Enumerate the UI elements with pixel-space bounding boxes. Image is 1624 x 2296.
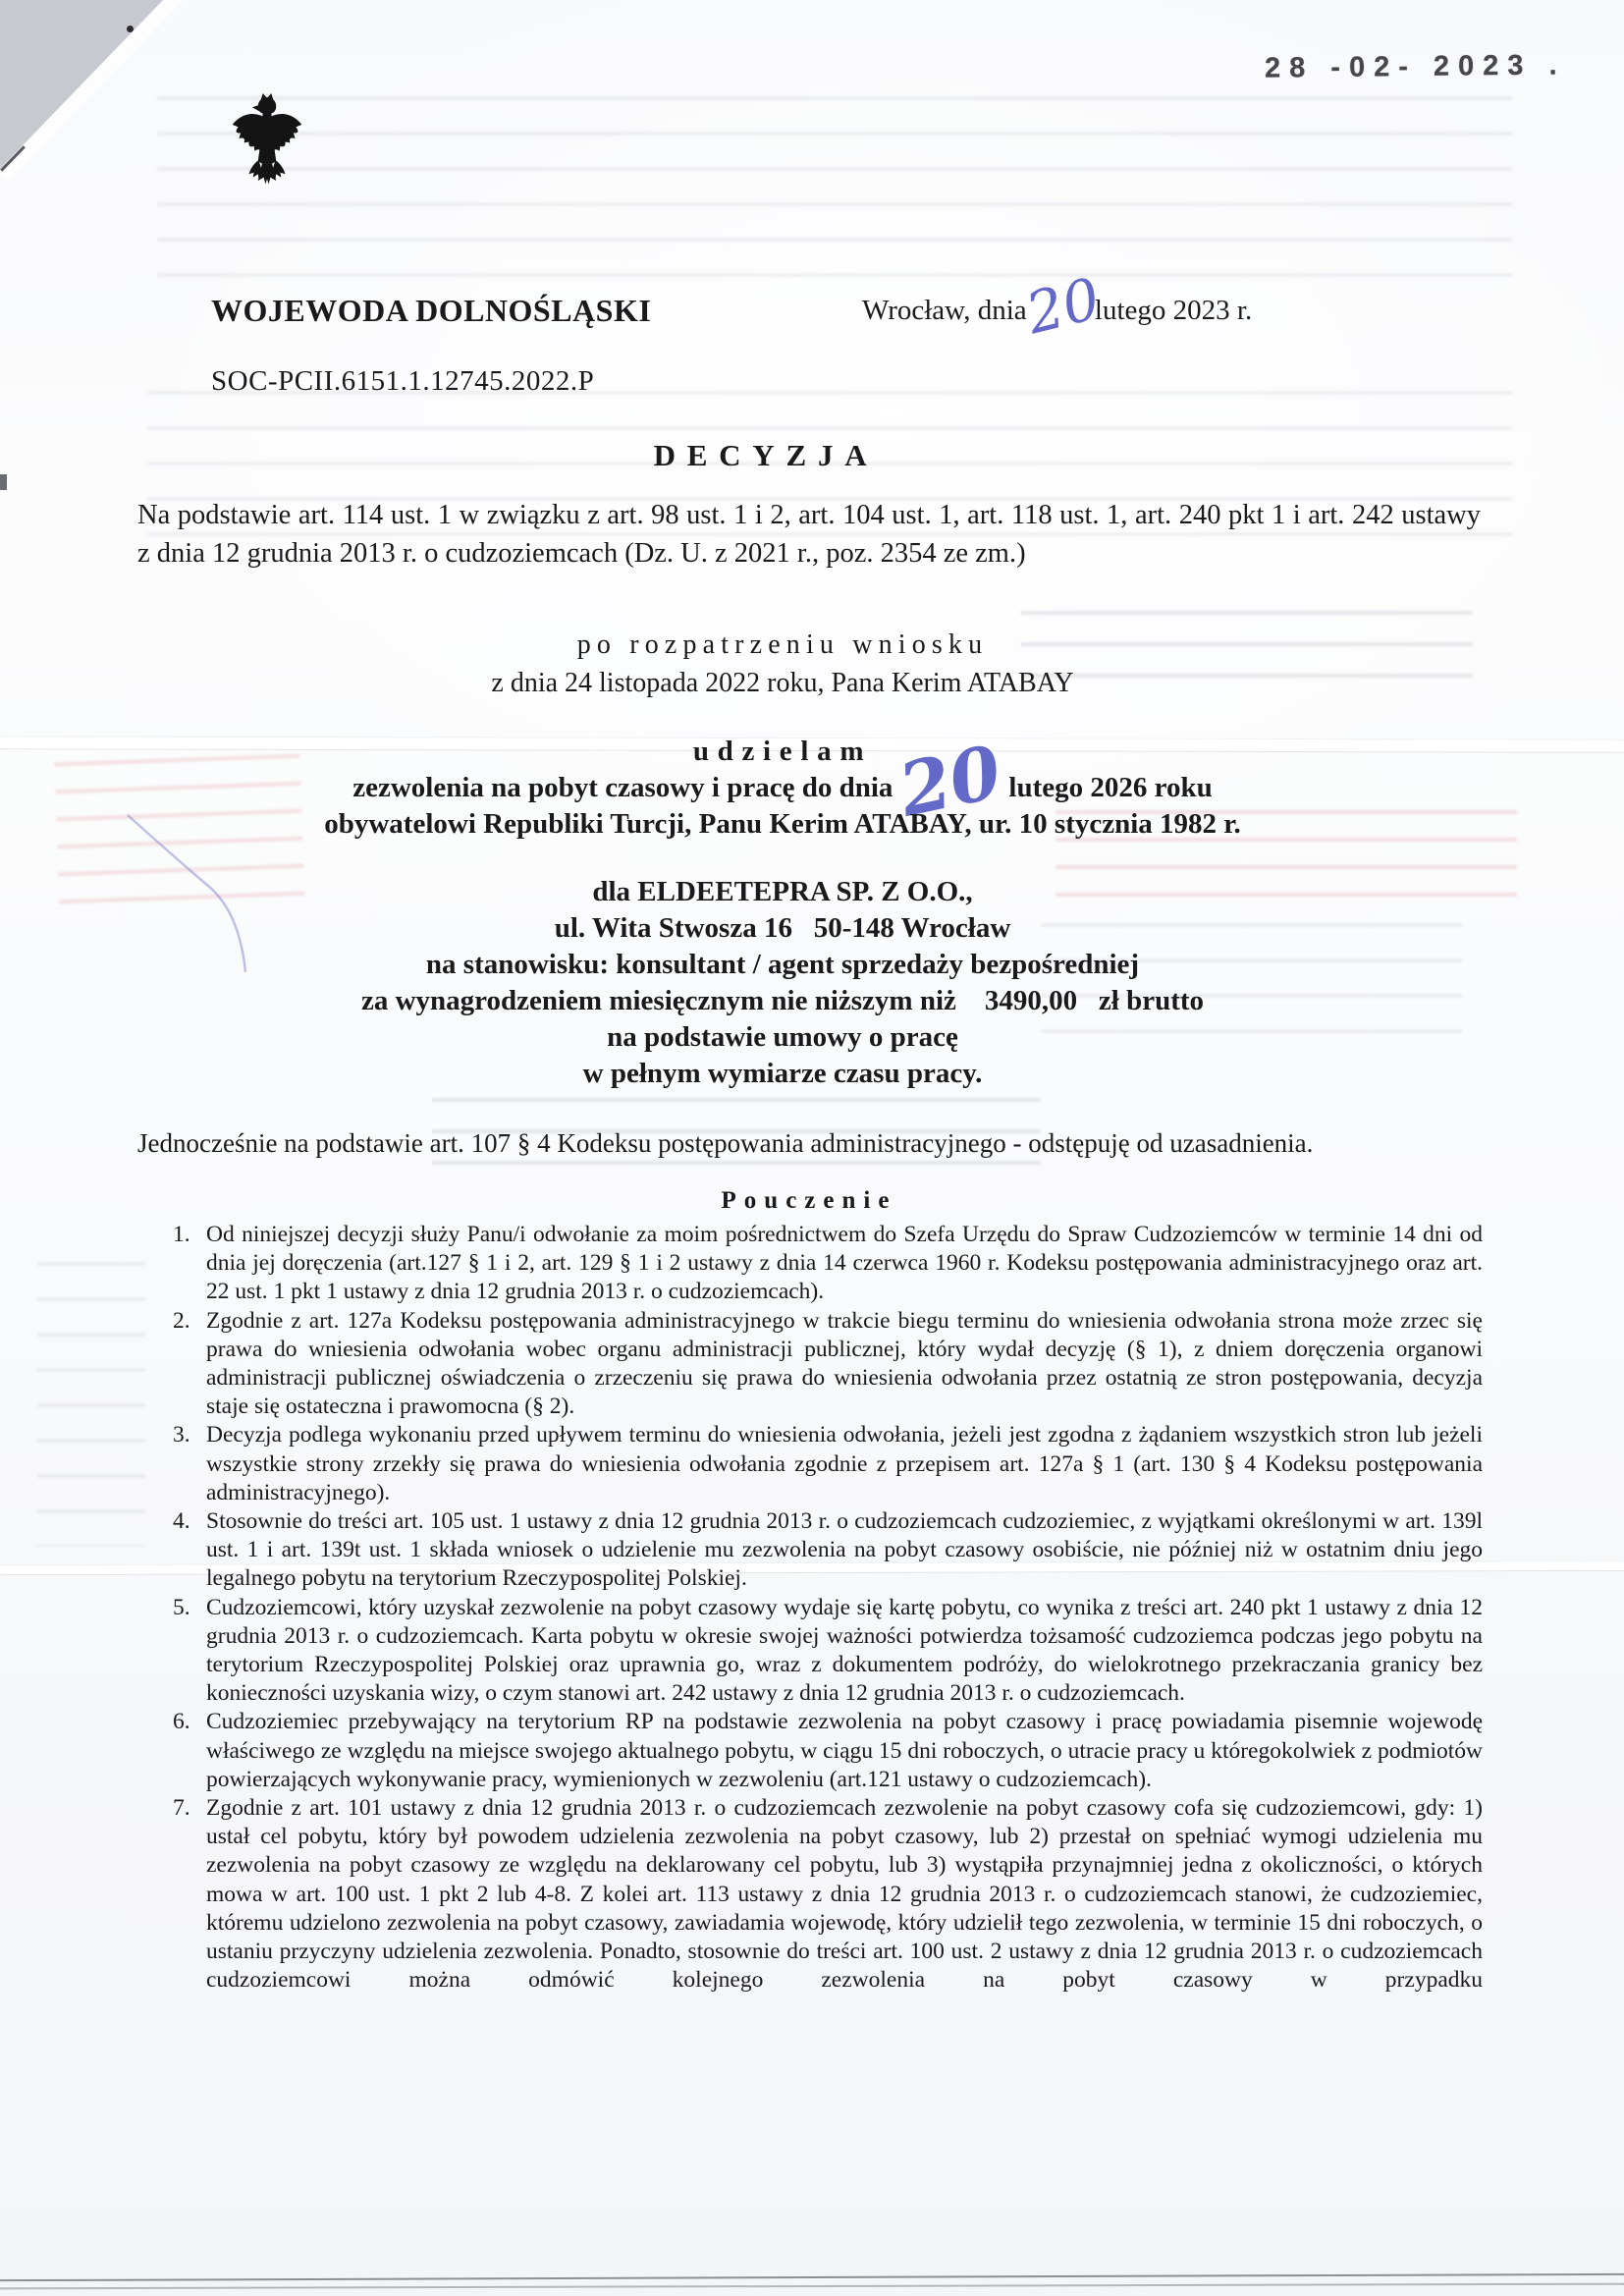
grant-verb: udzielam [118, 736, 1447, 768]
justification-waiver: Jednocześnie na podstawie art. 107 § 4 K… [137, 1128, 1481, 1159]
instruction-item: 3.Decyzja podlega wykonaniu przed upływe… [137, 1421, 1483, 1507]
item-text: Decyzja podlega wykonaniu przed upływem … [206, 1421, 1483, 1507]
item-number: 3. [173, 1421, 206, 1507]
item-number: 1. [173, 1221, 206, 1307]
employer-name: dla ELDEETEPRA SP. Z O.O., [118, 876, 1447, 908]
item-text: Cudzoziemcowi, który uzyskał zezwolenie … [206, 1594, 1483, 1709]
instruction-item: 5.Cudzoziemcowi, który uzyskał zezwoleni… [137, 1594, 1483, 1709]
staple-hole-artifact [127, 26, 134, 32]
job-position: na stanowisku: konsultant / agent sprzed… [118, 949, 1447, 981]
issuing-authority: WOJEWODA DOLNOŚLĄSKI [211, 293, 651, 329]
instruction-list: 1.Od niniejszej decyzji służy Panu/i odw… [137, 1221, 1483, 1995]
instruction-item: 2.Zgodnie z art. 127a Kodeksu postępowan… [137, 1307, 1483, 1422]
bleedthrough-artifact [157, 96, 1512, 293]
bleedthrough-artifact [37, 1262, 145, 1547]
grant-line-pre: zezwolenia na pobyt czasowy i pracę do d… [352, 772, 893, 803]
scan-edge-artifact [0, 474, 7, 490]
item-number: 6. [173, 1708, 206, 1794]
consideration-line: po rozpatrzeniu wniosku [118, 629, 1447, 661]
handwritten-day: 20 [1028, 301, 1087, 315]
page-edge-line [0, 2283, 1624, 2290]
employer-address: ul. Wita Stwosza 16 50-148 Wrocław [118, 912, 1447, 945]
item-text: Zgodnie z art. 101 ustawy z dnia 12 grud… [206, 1794, 1483, 1995]
place-and-date: Wrocław, dnia20 lutego 2023 r. [862, 295, 1252, 327]
item-text: Zgodnie z art. 127a Kodeksu postępowania… [206, 1307, 1483, 1422]
grant-line-post: lutego 2026 roku [1008, 772, 1212, 803]
item-text: Cudzoziemiec przebywający na terytorium … [206, 1708, 1483, 1794]
item-number: 4. [173, 1507, 206, 1594]
legal-basis-paragraph: Na podstawie art. 114 ust. 1 w związku z… [137, 496, 1481, 573]
instruction-item: 4.Stosownie do treści art. 105 ust. 1 us… [137, 1507, 1483, 1594]
page-edge-line [0, 2273, 1624, 2281]
instruction-item: 7.Zgodnie z art. 101 ustawy z dnia 12 gr… [137, 1794, 1483, 1995]
polish-eagle-emblem-icon [226, 90, 308, 193]
grant-permit-line: zezwolenia na pobyt czasowy i pracę do d… [118, 772, 1447, 804]
item-text: Stosownie do treści art. 105 ust. 1 usta… [206, 1507, 1483, 1594]
instruction-heading: Pouczenie [137, 1187, 1481, 1215]
contract-basis: na podstawie umowy o pracę [118, 1021, 1447, 1054]
item-number: 7. [173, 1794, 206, 1995]
case-number: SOC-PCII.6151.1.12745.2022.P [211, 365, 594, 398]
handwritten-day-2: 20 [894, 770, 1007, 794]
date-suffix: lutego 2023 r. [1088, 295, 1253, 326]
scanned-decision-document: 28 -02- 2023 . WOJEWODA DOLNOŚLĄSKI Wroc… [0, 0, 1624, 2296]
item-number: 5. [173, 1594, 206, 1709]
document-title: DECYZJA [0, 438, 1532, 473]
received-date-stamp: 28 -02- 2023 . [1265, 49, 1566, 84]
item-text: Od niniejszej decyzji służy Panu/i odwoł… [206, 1221, 1483, 1307]
instruction-item: 1.Od niniejszej decyzji służy Panu/i odw… [137, 1221, 1483, 1307]
grant-citizen-line: obywatelowi Republiki Turcji, Panu Kerim… [118, 808, 1447, 841]
item-number: 2. [173, 1307, 206, 1422]
date-prefix: Wrocław, dnia [862, 295, 1027, 326]
application-line: z dnia 24 listopada 2022 roku, Pana Keri… [118, 668, 1447, 699]
salary-line: za wynagrodzeniem miesięcznym nie niższy… [118, 985, 1447, 1017]
working-time: w pełnym wymiarze czasu pracy. [118, 1058, 1447, 1090]
instruction-item: 6.Cudzoziemiec przebywający na terytoriu… [137, 1708, 1483, 1794]
